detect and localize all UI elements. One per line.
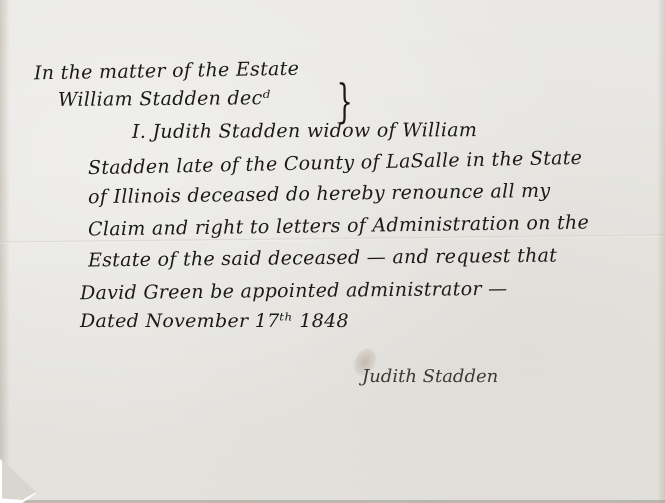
body-line-3: of Illinois deceased do hereby renounce … [88, 180, 551, 208]
caption-brace: } [337, 78, 353, 124]
caption-line-1: In the matter of the Estate [34, 58, 299, 85]
document-page: In the matter of the Estate William Stad… [0, 0, 665, 503]
body-line-6: David Green be appointed administrator — [80, 278, 508, 304]
body-line-1: I. Judith Stadden widow of William [132, 119, 477, 143]
body-line-5: Estate of the said deceased — and reques… [88, 245, 557, 272]
caption-line-2: William Stadden decᵈ [58, 87, 271, 111]
body-line-2: Stadden late of the County of LaSalle in… [88, 147, 583, 179]
body-line-7-date: Dated November 17ᵗʰ 1848 [80, 310, 349, 332]
signature: Judith Stadden [362, 366, 498, 387]
folded-corner-flap [2, 460, 36, 500]
